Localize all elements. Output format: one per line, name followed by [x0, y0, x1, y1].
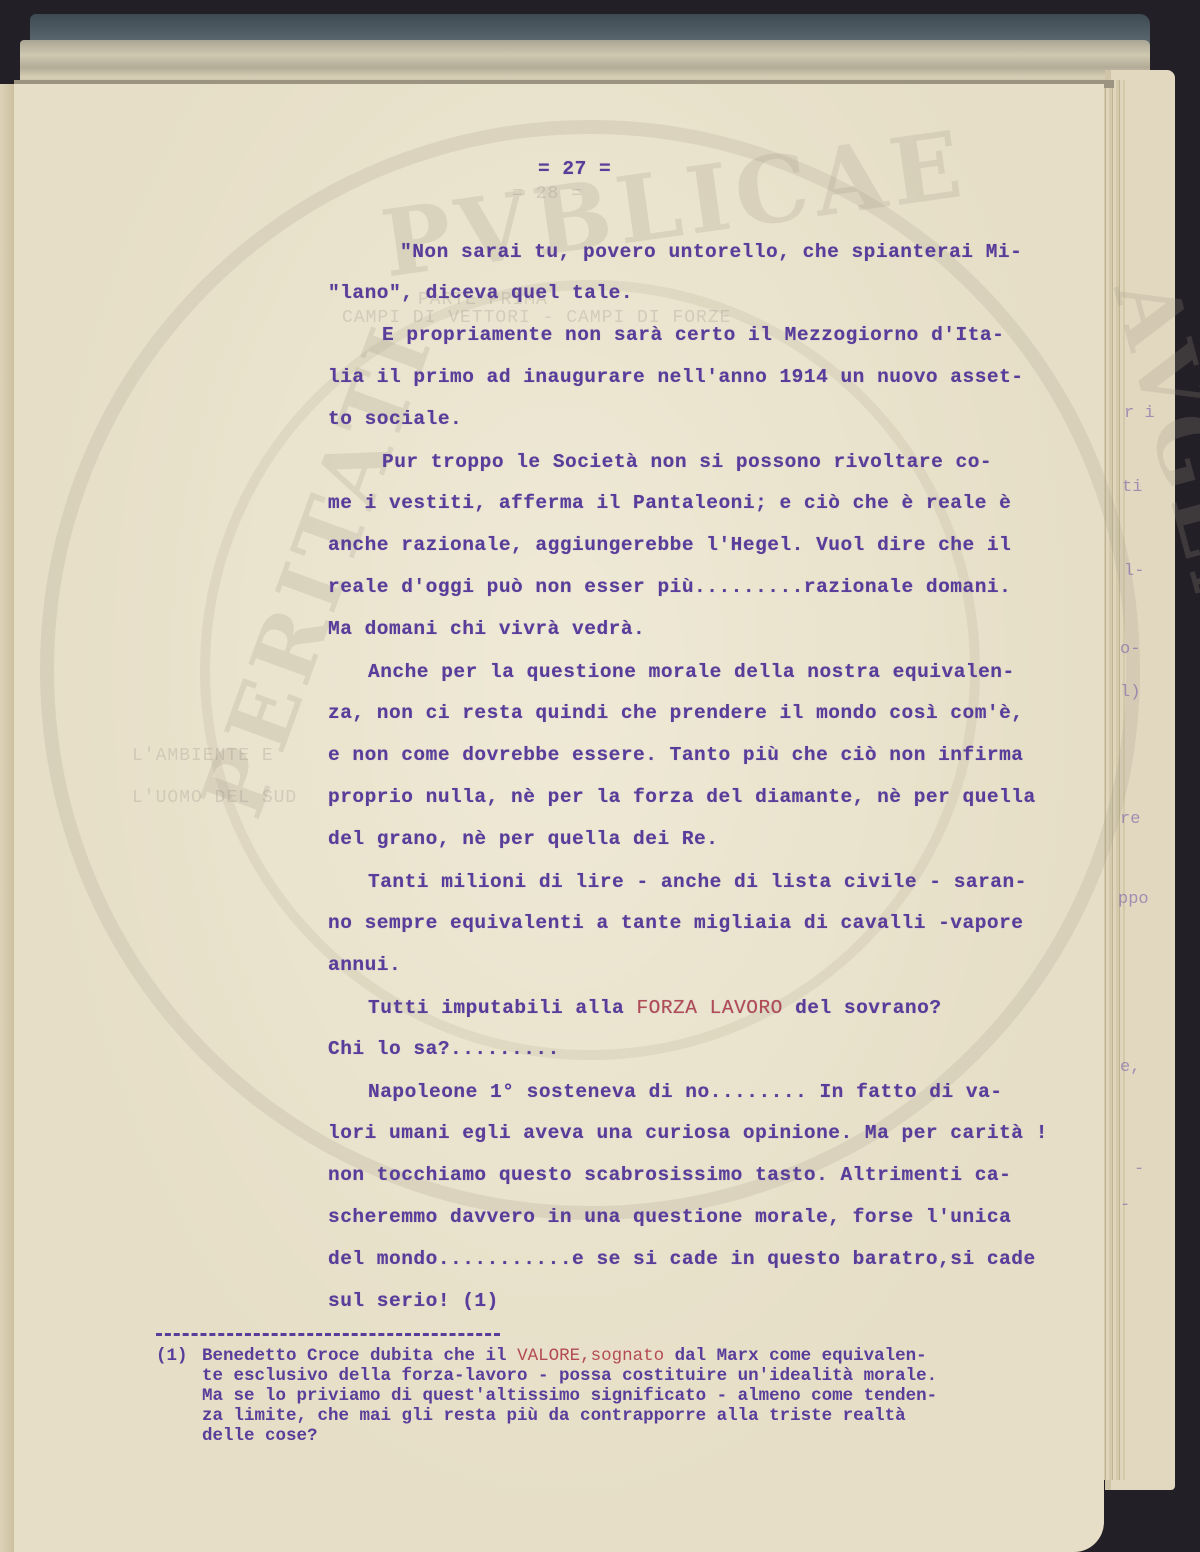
bleed-page-number: = 28 =	[512, 184, 583, 204]
body-line: to sociale.	[328, 408, 462, 430]
body-line: Tanti milioni di lire - anche di lista c…	[368, 871, 1027, 893]
footnote-line: za limite, che mai gli resta più da cont…	[202, 1406, 906, 1426]
body-line: lia il primo ad inaugurare nell'anno 191…	[328, 366, 1024, 388]
edge-fragment: l-	[1124, 562, 1144, 581]
edge-fragment: o-	[1120, 640, 1140, 659]
footnote-line: delle cose?	[202, 1426, 318, 1446]
bleed-margin-note: L'AMBIENTE E	[132, 746, 274, 766]
red-emphasis: FORZA LAVORO	[636, 997, 782, 1019]
footnote-line: te esclusivo della forza-lavoro - possa …	[202, 1366, 937, 1386]
body-line: reale d'oggi può non esser più.........r…	[328, 576, 1011, 598]
body-line: Pur troppo le Società non si possono riv…	[382, 451, 992, 473]
body-line: Ma domani chi vivrà vedrà.	[328, 618, 645, 640]
body-line: "lano", diceva quel tale.	[328, 282, 633, 304]
body-line: no sempre equivalenti a tante migliaia d…	[328, 912, 1024, 934]
edge-fragment: ti	[1122, 478, 1142, 497]
footnote-line: Ma se lo priviamo di quest'altissimo sig…	[202, 1386, 937, 1406]
footnote-line: Benedetto Croce dubita che il VALORE,sog…	[202, 1346, 927, 1366]
body-line: proprio nulla, nè per la forza del diama…	[328, 786, 1036, 808]
body-line: Chi lo sa?.........	[328, 1038, 560, 1060]
body-line-forza-lavoro: Tutti imputabili alla FORZA LAVORO del s…	[368, 997, 942, 1019]
footnote-separator	[156, 1333, 500, 1336]
red-emphasis: ,sognato	[580, 1346, 664, 1366]
edge-fragment: ppo	[1118, 890, 1149, 909]
page-number: = 27 =	[538, 158, 611, 180]
footnote-marker: (1)	[156, 1346, 188, 1366]
body-line: anche razionale, aggiungerebbe l'Hegel. …	[328, 534, 1011, 556]
body-line: del mondo...........e se si cade in ques…	[328, 1248, 1036, 1270]
body-line: za, non ci resta quindi che prendere il …	[328, 702, 1024, 724]
red-emphasis: VALORE	[517, 1346, 580, 1366]
edge-fragment: r i	[1124, 404, 1155, 423]
body-line: lori umani egli aveva una curiosa opinio…	[328, 1122, 1048, 1144]
edge-fragment: re	[1120, 810, 1140, 829]
body-line: annui.	[328, 954, 401, 976]
bleed-margin-note: L'UOMO DEL SUD	[132, 788, 297, 808]
body-line: sul serio! (1)	[328, 1290, 499, 1312]
body-line: scheremmo davvero in una questione moral…	[328, 1206, 1011, 1228]
edge-fragment: -	[1134, 1160, 1144, 1179]
body-line: "Non sarai tu, povero untorello, che spi…	[400, 241, 1022, 263]
body-line: e non come dovrebbe essere. Tanto più ch…	[328, 744, 1024, 766]
body-line: Anche per la questione morale della nost…	[368, 661, 1015, 683]
body-line: del grano, nè per quella dei Re.	[328, 828, 718, 850]
body-line: non tocchiamo questo scabrosissimo tasto…	[328, 1164, 1011, 1186]
body-line: Napoleone 1° sosteneva di no........ In …	[368, 1081, 1003, 1103]
body-line: me i vestiti, afferma il Pantaleoni; e c…	[328, 492, 1011, 514]
edge-fragment: l)	[1120, 683, 1140, 702]
edge-fragment: e,	[1120, 1058, 1140, 1077]
edge-fragment: -	[1120, 1196, 1130, 1215]
body-line: E propriamente non sarà certo il Mezzogi…	[382, 324, 1004, 346]
